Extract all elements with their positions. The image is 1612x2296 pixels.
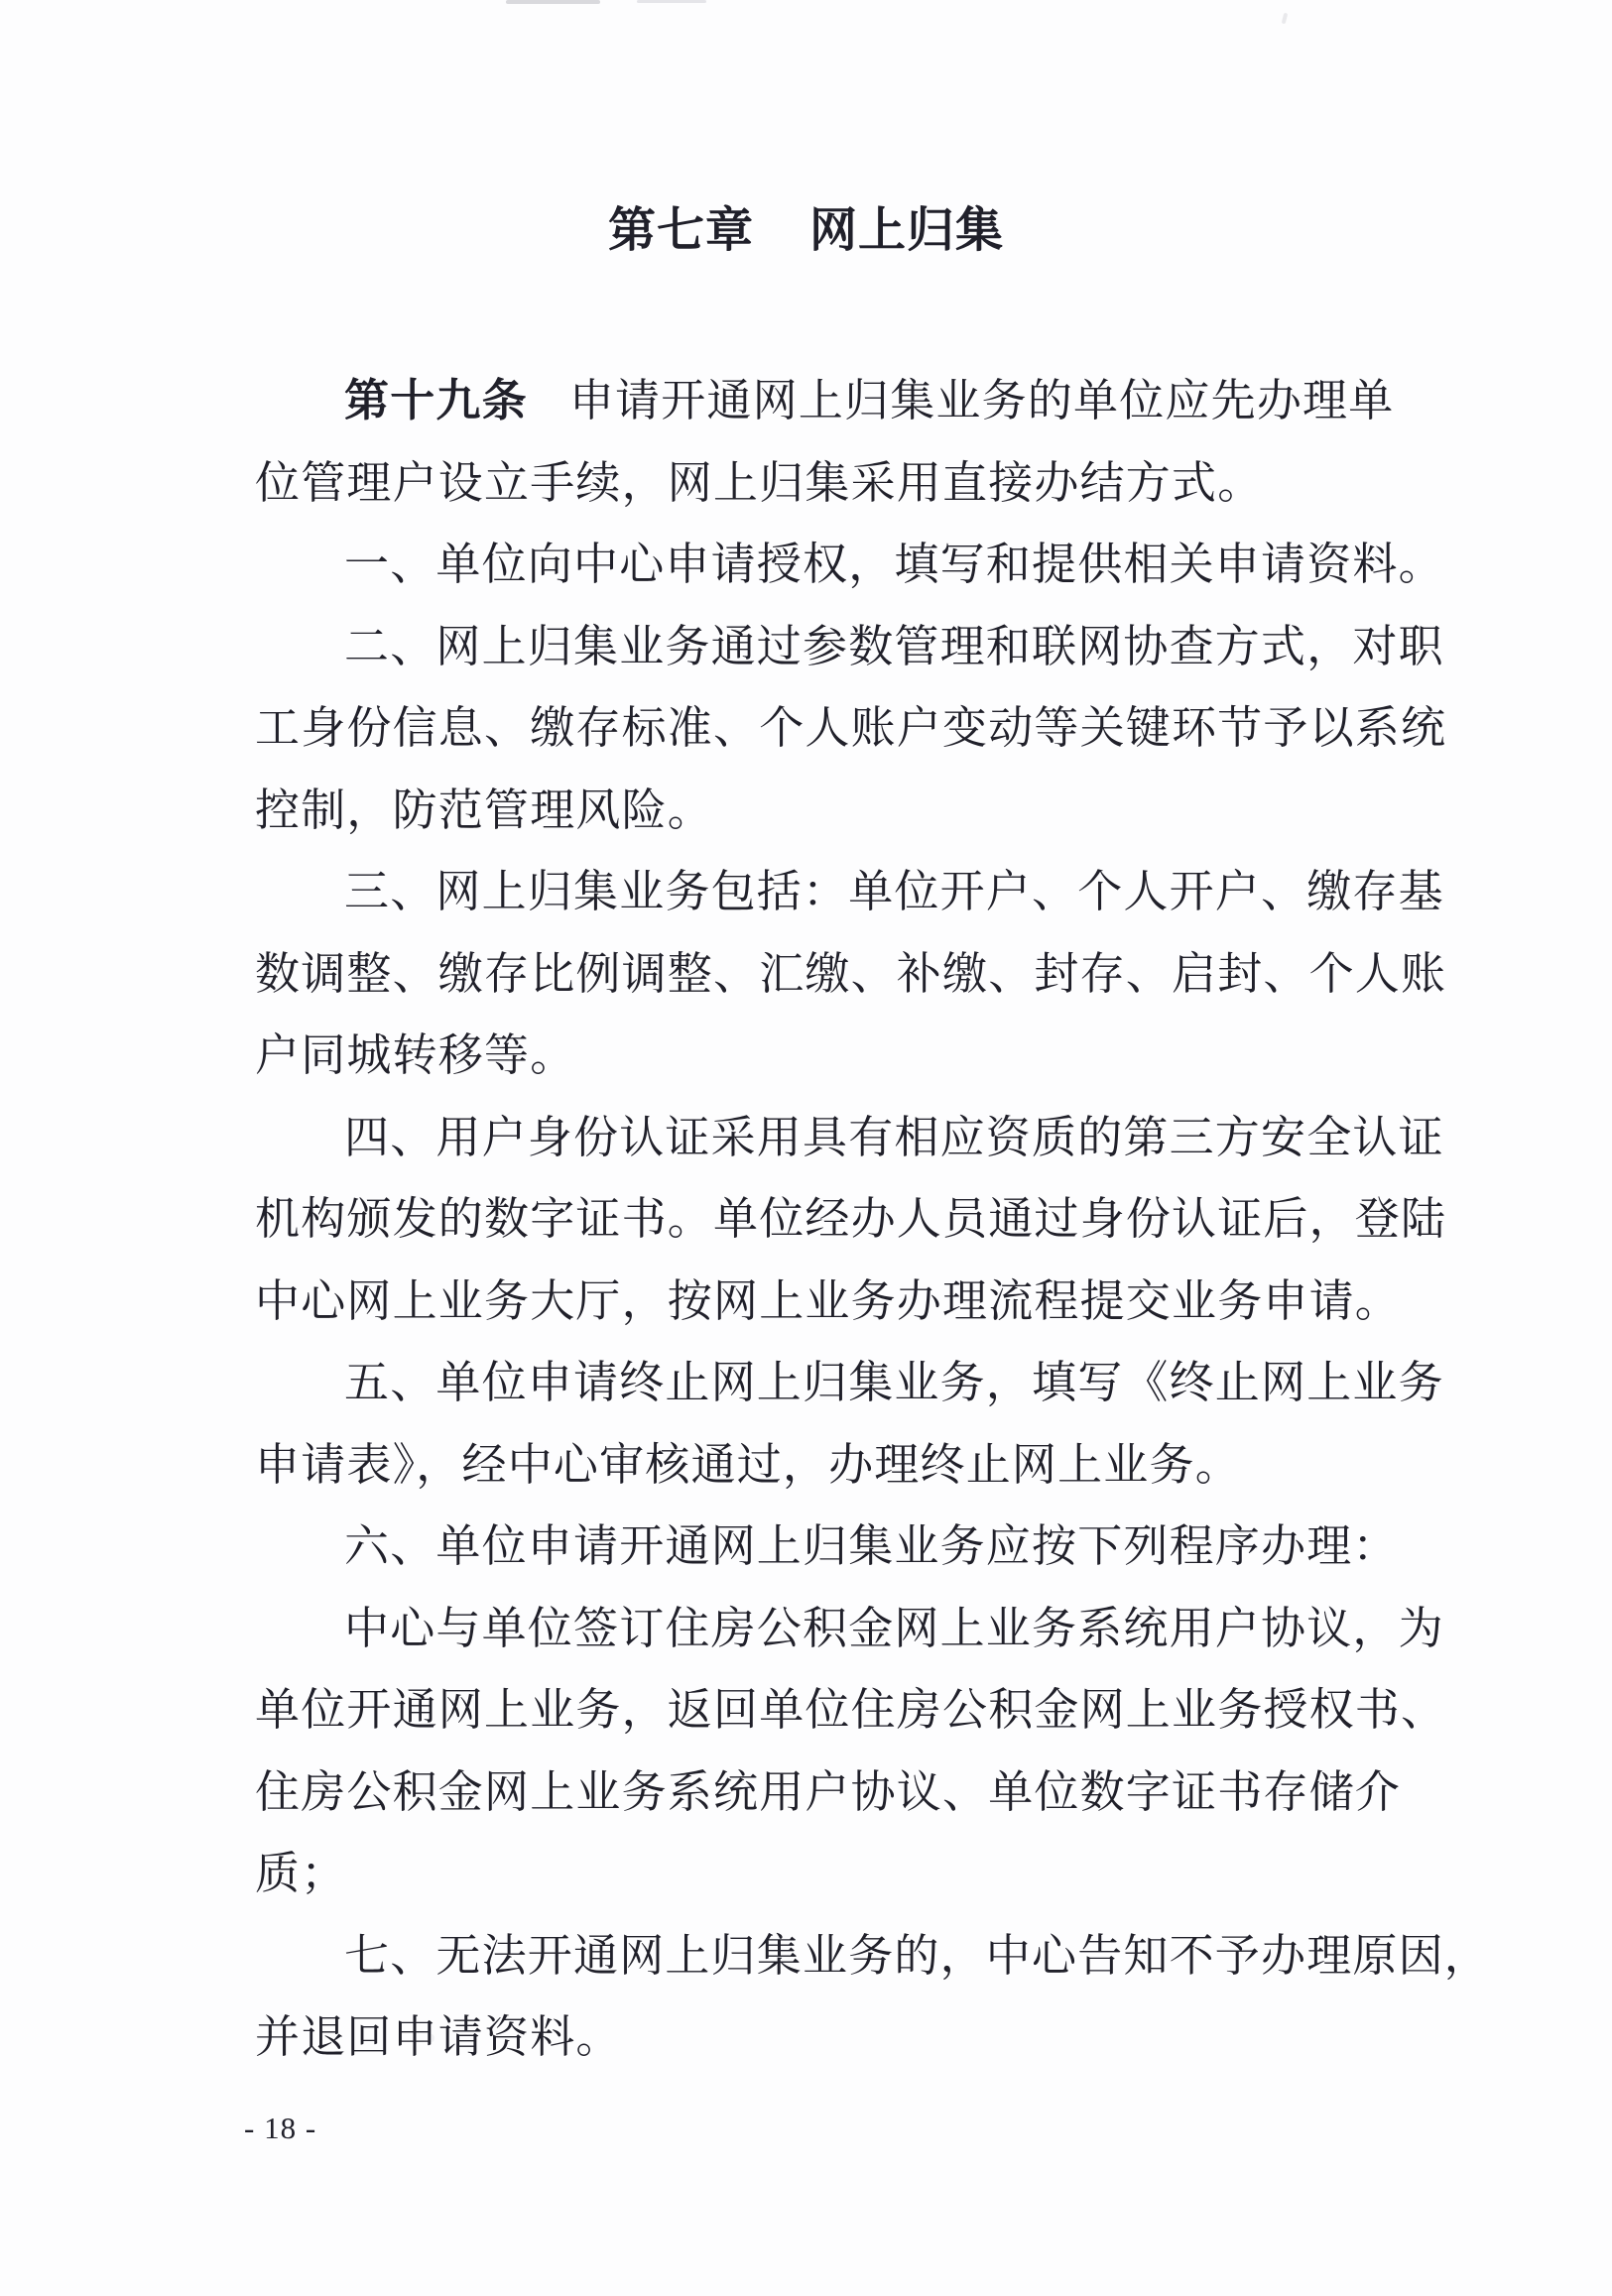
chapter-title: 第七章网上归集 [0, 203, 1612, 259]
text-line: 机构颁发的数字证书。单位经办人员通过身份认证后，登陆 [255, 1178, 1460, 1261]
text-line: 三、网上归集业务包括：单位开户、个人开户、缴存基 [255, 851, 1460, 933]
scan-artifact [637, 0, 706, 3]
document-page: 第七章网上归集 第十九条申请开通网上归集业务的单位应先办理单位管理户设立手续，网… [0, 0, 1612, 2296]
text-line: 工身份信息、缴存标准、个人账户变动等关键环节予以系统 [255, 687, 1460, 770]
scan-artifact [506, 0, 600, 4]
text-line: 数调整、缴存比例调整、汇缴、补缴、封存、启封、个人账 [255, 933, 1460, 1016]
text-line: 申请表》，经中心审核通过，办理终止网上业务。 [255, 1424, 1460, 1507]
text-line: 二、网上归集业务通过参数管理和联网协查方式，对职 [255, 606, 1460, 688]
text-line: 中心网上业务大厅，按网上业务办理流程提交业务申请。 [255, 1261, 1460, 1343]
text-line: 户同城转移等。 [255, 1015, 1460, 1097]
text-line: 四、用户身份认证采用具有相应资质的第三方安全认证 [255, 1097, 1460, 1179]
text-line: 一、单位向中心申请授权，填写和提供相关申请资料。 [255, 524, 1460, 606]
text-line: 六、单位申请开通网上归集业务应按下列程序办理： [255, 1506, 1460, 1588]
scan-artifact [1282, 13, 1289, 25]
text-line: 五、单位申请终止网上归集业务，填写《终止网上业务 [255, 1342, 1460, 1424]
text-line: 中心与单位签订住房公积金网上业务系统用户协议，为 [255, 1588, 1460, 1670]
text-line: 质； [255, 1833, 1460, 1915]
page-number: - 18 - [244, 2111, 316, 2146]
text-line: 单位开通网上业务，返回单位住房公积金网上业务授权书、 [255, 1669, 1460, 1752]
text-line: 七、无法开通网上归集业务的，中心告知不予办理原因， [255, 1915, 1460, 1997]
text-line: 第十九条申请开通网上归集业务的单位应先办理单 [255, 360, 1460, 442]
text-line: 并退回申请资料。 [255, 1996, 1460, 2079]
scan-artifact [429, 2034, 434, 2042]
article-term: 第十九条 [344, 375, 528, 425]
chapter-name: 网上归集 [809, 204, 1004, 257]
text-line: 位管理户设立手续，网上归集采用直接办结方式。 [255, 442, 1460, 525]
text-line: 住房公积金网上业务系统用户协议、单位数字证书存储介 [255, 1752, 1460, 1834]
text-line: 控制，防范管理风险。 [255, 770, 1460, 852]
chapter-number: 第七章 [608, 204, 754, 257]
article-body: 第十九条申请开通网上归集业务的单位应先办理单位管理户设立手续，网上归集采用直接办… [255, 360, 1460, 2079]
